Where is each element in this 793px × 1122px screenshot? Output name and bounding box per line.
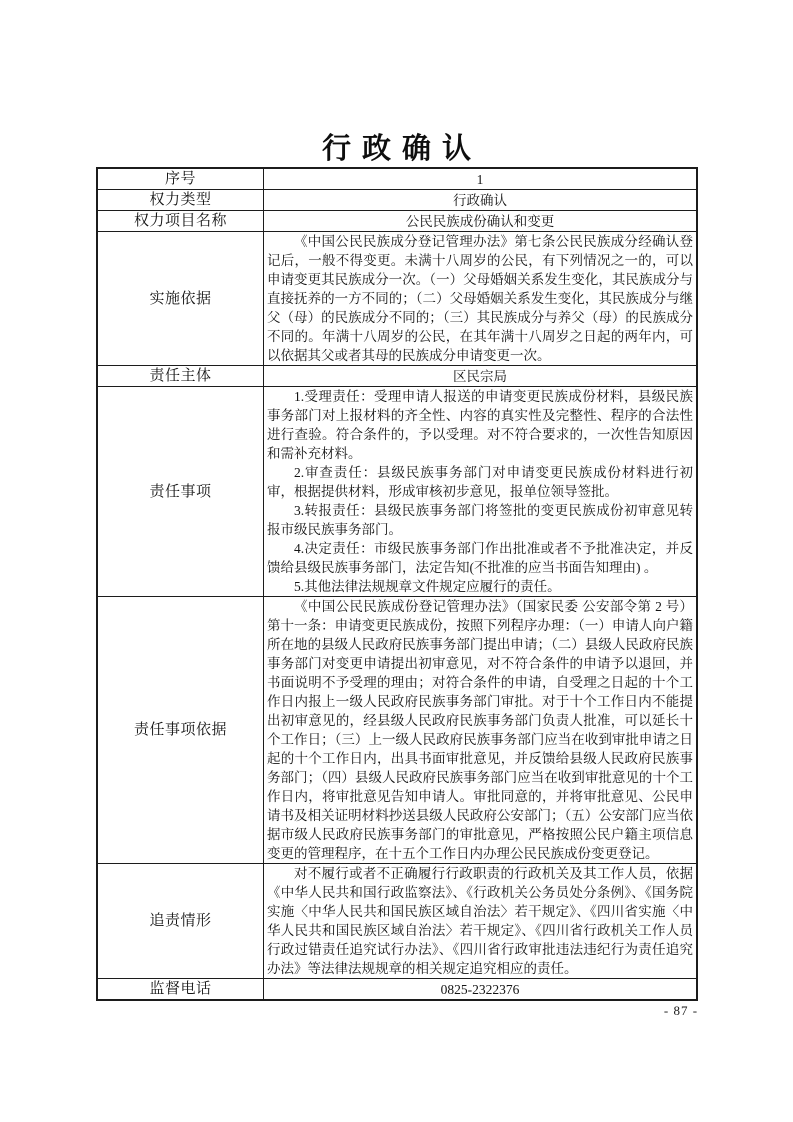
row-label-implementation-basis: 实施依据 <box>97 232 264 366</box>
row-label-supervision-phone: 监督电话 <box>97 979 264 1001</box>
paragraph: 1.受理责任：受理申请人报送的申请变更民族成份材料，县级民族事务部门对上报材料的… <box>267 387 693 463</box>
row-label-serial-number: 序号 <box>97 168 264 190</box>
paragraph: 4.决定责任：市级民族事务部门作出批准或者不予批准决定，并反馈给县级民族事务部门… <box>267 539 693 577</box>
row-label-responsibility-items: 责任事项 <box>97 387 264 597</box>
paragraph: 《中国公民民族成分登记管理办法》第七条公民民族成分经确认登记后，一般不得变更。未… <box>267 232 693 365</box>
table-row-responsibility-items: 责任事项 1.受理责任：受理申请人报送的申请变更民族成份材料，县级民族事务部门对… <box>97 387 697 597</box>
row-value-implementation-basis: 《中国公民民族成分登记管理办法》第七条公民民族成分经确认登记后，一般不得变更。未… <box>264 232 698 366</box>
row-label-power-type: 权力类型 <box>97 190 264 211</box>
table-row-implementation-basis: 实施依据 《中国公民民族成分登记管理办法》第七条公民民族成分经确认登记后，一般不… <box>97 232 697 366</box>
row-value-supervision-phone: 0825-2322376 <box>264 979 698 1001</box>
paragraph: 3.转报责任：县级民族事务部门将签批的变更民族成份初审意见转报市级民族事务部门。 <box>267 501 693 539</box>
document-page: 行政确认 序号 1 权力类型 行政确认 权力项目名称 公民民族成份确认和变更 实… <box>0 0 793 1122</box>
page-title: 行政确认 <box>0 126 793 167</box>
row-value-serial-number: 1 <box>264 168 698 190</box>
table-row-responsible-entity: 责任主体 区民宗局 <box>97 366 697 387</box>
row-label-power-item-name: 权力项目名称 <box>97 211 264 232</box>
row-value-power-item-name: 公民民族成份确认和变更 <box>264 211 698 232</box>
row-value-responsibility-items-basis: 《中国公民民族成份登记管理办法》（国家民委 公安部令第 2 号）第十一条：申请变… <box>264 597 698 864</box>
row-label-responsible-entity: 责任主体 <box>97 366 264 387</box>
table-row-supervision-phone: 监督电话 0825-2322376 <box>97 979 697 1001</box>
row-value-responsibility-items: 1.受理责任：受理申请人报送的申请变更民族成份材料，县级民族事务部门对上报材料的… <box>264 387 698 597</box>
table-row-accountability-situations: 追责情形 对不履行或者不正确履行行政职责的行政机关及其工作人员，依据《中华人民共… <box>97 864 697 979</box>
row-value-power-type: 行政确认 <box>264 190 698 211</box>
paragraph: 5.其他法律法规规章文件规定应履行的责任。 <box>267 577 693 596</box>
row-label-accountability-situations: 追责情形 <box>97 864 264 979</box>
table-row-power-item-name: 权力项目名称 公民民族成份确认和变更 <box>97 211 697 232</box>
table-row-responsibility-items-basis: 责任事项依据 《中国公民民族成份登记管理办法》（国家民委 公安部令第 2 号）第… <box>97 597 697 864</box>
page-number: - 87 - <box>646 1003 716 1019</box>
paragraph: 2.审查责任：县级民族事务部门对申请变更民族成份材料进行初审，根据提供材料，形成… <box>267 463 693 501</box>
paragraph: 《中国公民民族成份登记管理办法》（国家民委 公安部令第 2 号）第十一条：申请变… <box>267 597 693 863</box>
paragraph: 对不履行或者不正确履行行政职责的行政机关及其工作人员，依据《中华人民共和国行政监… <box>267 864 693 978</box>
row-label-responsibility-items-basis: 责任事项依据 <box>97 597 264 864</box>
info-table: 序号 1 权力类型 行政确认 权力项目名称 公民民族成份确认和变更 实施依据 《… <box>96 167 698 1001</box>
table-row-power-type: 权力类型 行政确认 <box>97 190 697 211</box>
table-row-serial-number: 序号 1 <box>97 168 697 190</box>
row-value-responsible-entity: 区民宗局 <box>264 366 698 387</box>
row-value-accountability-situations: 对不履行或者不正确履行行政职责的行政机关及其工作人员，依据《中华人民共和国行政监… <box>264 864 698 979</box>
